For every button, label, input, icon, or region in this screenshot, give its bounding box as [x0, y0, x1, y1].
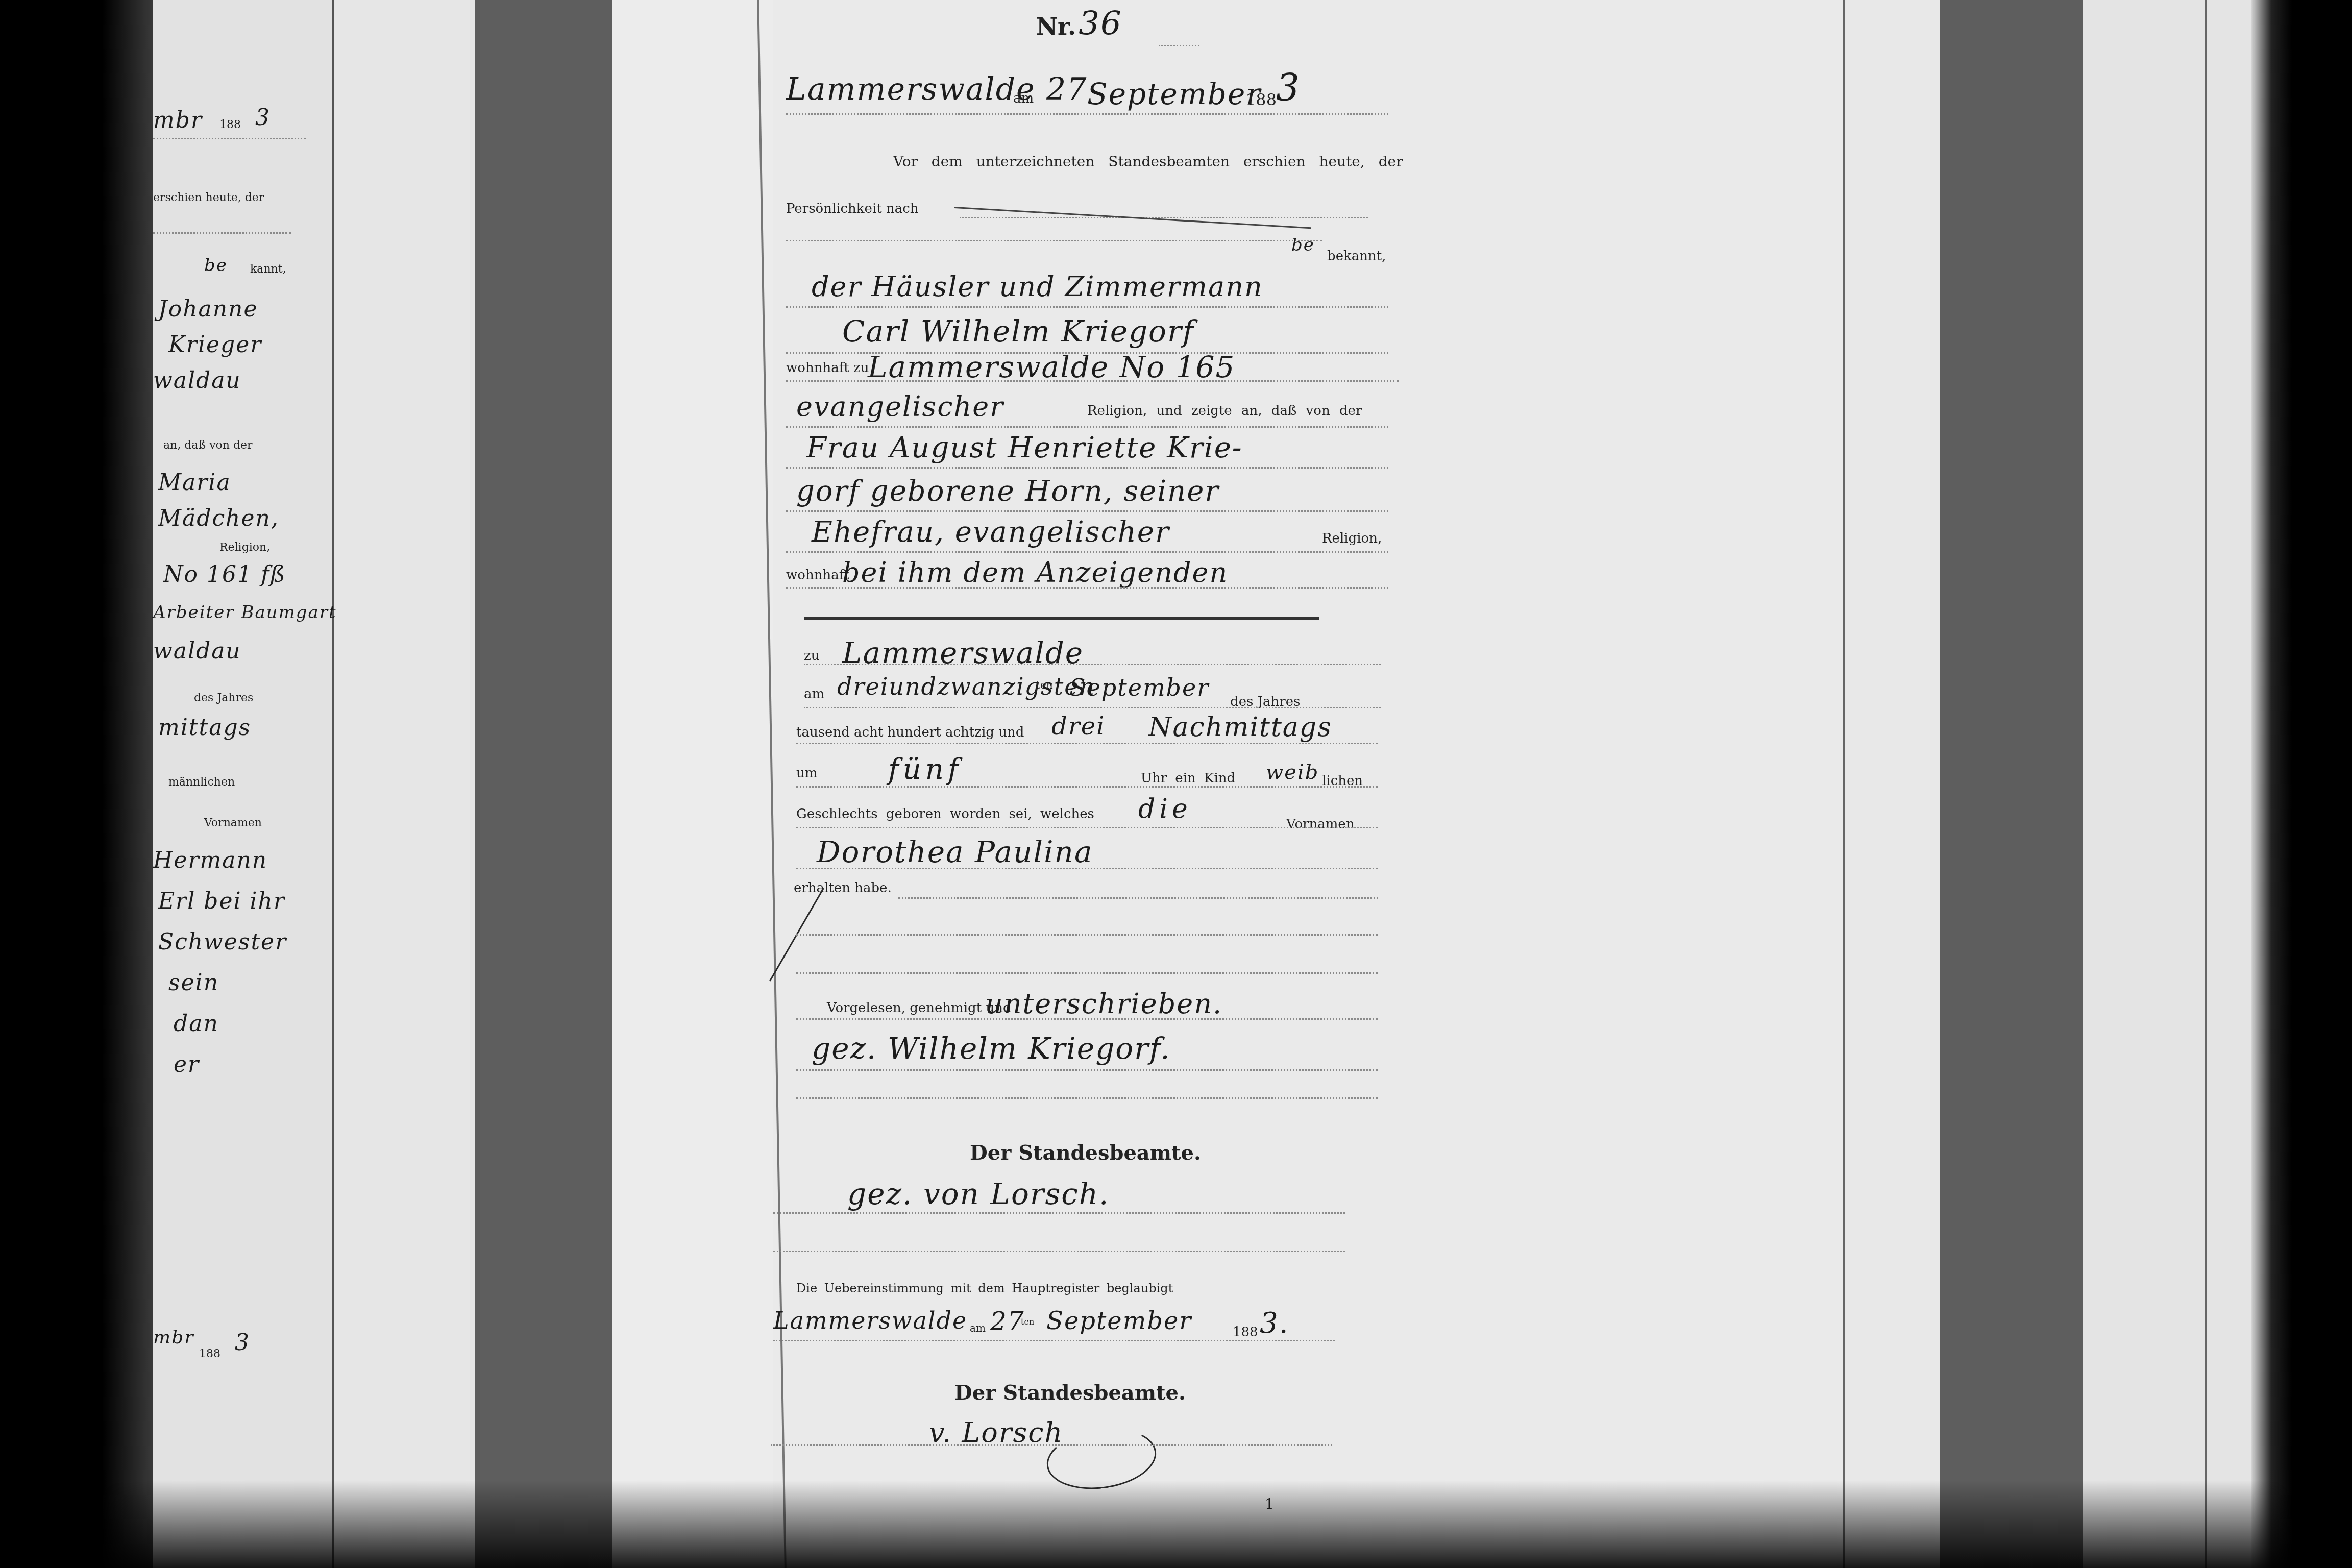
rule: [786, 467, 1388, 469]
birth-day-words: dreiundzwanzigsten: [837, 673, 1095, 700]
year-text-hand: drei: [1051, 712, 1105, 741]
die-hand: die: [1138, 794, 1192, 824]
left-footer-hand: mbr: [153, 1327, 194, 1348]
rule: [786, 113, 1388, 115]
left-bekannt-label: kannt,: [250, 263, 286, 276]
left-hand-mittags: mittags: [158, 715, 251, 741]
registrar-signature-1: gez. von Lorsch.: [847, 1177, 1110, 1211]
left-vornamen: Vornamen: [204, 817, 262, 829]
rule: [796, 1018, 1378, 1020]
left-header-year: 188: [219, 118, 241, 131]
cert-day-suffix: ten: [1021, 1317, 1034, 1327]
informant-residence: Lammerswalde No 165: [868, 350, 1235, 384]
left-des-jahres: des Jahres: [194, 692, 253, 704]
rule: [898, 897, 1378, 899]
left-footer-year-suffix: 3: [235, 1330, 250, 1356]
scan-vignette-right: [2251, 0, 2352, 1568]
right-page-edge-line: [2205, 0, 2207, 1568]
informant-occupation: der Häusler und Zimmermann: [812, 271, 1263, 303]
rule: [786, 426, 1388, 428]
geschlechts-line: Geschlechts geboren worden sei, welches: [796, 806, 1094, 822]
header-day: 27: [1046, 71, 1087, 107]
erhalten-label: erhalten habe.: [794, 880, 892, 896]
vornamen-label: Vornamen: [1286, 817, 1355, 832]
mother-line-1: Frau August Henriette Krie-: [806, 431, 1243, 464]
left-header-hand: mbr: [153, 107, 203, 133]
left-page-margin-strip: [334, 0, 475, 1568]
rule: [786, 240, 1322, 241]
register-number-label: Nr.: [1036, 13, 1076, 40]
header-month: September: [1087, 77, 1261, 111]
intro-line-2: Persönlichkeit nach: [786, 201, 919, 216]
page-gap-right: [1845, 0, 1940, 1568]
informant-signature: gez. Wilhelm Kriegorf.: [812, 1031, 1171, 1066]
mother-line-3: Ehefrau, evangelischer: [812, 516, 1170, 549]
cert-am-label: am: [970, 1322, 986, 1334]
rule: [796, 1069, 1378, 1071]
birth-month: September: [1069, 674, 1209, 701]
scan-vignette-bottom: [0, 1480, 2352, 1568]
left-bekannt-hand: be: [204, 255, 228, 276]
left-page-edge-line: [332, 0, 334, 1568]
birth-date-label: am: [804, 687, 824, 702]
left-hand-line: er: [174, 1051, 200, 1077]
cert-year-suffix: 3.: [1260, 1307, 1289, 1340]
right-page-background: [2082, 0, 2251, 1568]
gray-binding-band-right: [1940, 0, 2082, 1568]
year-text-printed: tausend acht hundert achtzig und: [796, 725, 1024, 740]
left-footer-year: 188: [199, 1347, 220, 1360]
register-number: Nr. 36: [1036, 5, 1122, 43]
sex-hand: weib: [1266, 761, 1319, 784]
rule: [796, 827, 1378, 828]
rule: [804, 707, 1381, 708]
bekannt-label: bekannt,: [1327, 249, 1386, 264]
hour-words: fünf: [888, 753, 963, 786]
left-hand-line: Maria: [158, 470, 231, 496]
unterschrieben-hand: unterschrieben.: [985, 988, 1222, 1020]
rule: [786, 510, 1388, 512]
rule: [804, 664, 1381, 665]
wohnhaft-label: wohnhaft zu: [786, 360, 869, 376]
header-year-suffix: 3: [1276, 66, 1301, 109]
uhr-label: Uhr ein Kind: [1141, 771, 1235, 786]
rule: [960, 217, 1368, 218]
left-hand-line: Schwester: [158, 929, 287, 955]
rule: [786, 551, 1388, 553]
left-hand-line: waldau: [153, 367, 241, 394]
rule: [773, 1340, 1335, 1341]
rule: [786, 306, 1388, 308]
rule: [796, 743, 1378, 744]
left-hand-line: Erl bei ihr: [158, 888, 285, 914]
left-hand-line: Hermann: [153, 847, 267, 873]
bekannt-hand: be: [1291, 235, 1315, 255]
child-name: Dorothea Paulina: [817, 835, 1093, 869]
gray-binding-band-left: [475, 0, 612, 1568]
cert-day: 27: [990, 1307, 1025, 1336]
time-of-day: Nachmittags: [1148, 712, 1332, 743]
left-hand-line: sein: [168, 970, 219, 996]
rule: [796, 1097, 1378, 1099]
cert-place: Lammerswalde: [773, 1307, 967, 1334]
registrar-signature-2: v. Lorsch: [929, 1416, 1063, 1449]
cert-month: September: [1046, 1307, 1192, 1335]
birth-day-suffix: ten: [1036, 679, 1053, 691]
header-place: Lammerswalde: [786, 71, 1036, 107]
left-hand-line: Mädchen,: [158, 505, 279, 531]
left-hand-line: dan: [174, 1011, 219, 1037]
header-year-prefix: 188: [1245, 90, 1277, 109]
left-hand-line: Krieger: [168, 332, 262, 358]
left-hand-line: Johanne: [158, 296, 258, 322]
left-hand-line: waldau: [153, 638, 241, 664]
left-header-year-suffix: 3: [255, 105, 271, 131]
rule: [796, 786, 1378, 788]
vorgelesen-label: Vorgelesen, genehmigt und: [827, 1000, 1012, 1016]
intro-line-1: Vor dem unterzeichneten Standesbeamten e…: [893, 153, 1403, 170]
rule: [773, 1212, 1345, 1214]
section-divider: [804, 617, 1319, 620]
rule: [796, 868, 1378, 869]
mother-residence: bei ihm dem Anzeigenden: [842, 556, 1228, 589]
rule: [773, 1251, 1345, 1252]
left-rule: [153, 232, 291, 234]
register-number-value: 36: [1079, 5, 1122, 43]
mother-wohnhaft-label: wohnhaft: [786, 568, 849, 583]
left-maennlichen: männlichen: [168, 776, 235, 789]
religion-label-1: Religion, und zeigte an, daß von der: [1087, 403, 1362, 419]
left-hand-no: No 161 fß: [163, 561, 286, 587]
cert-year-prefix: 188: [1233, 1325, 1258, 1340]
rule: [786, 380, 1399, 382]
certification-label: Die Uebereinstimmung mit dem Hauptregist…: [796, 1281, 1173, 1295]
rule: [796, 934, 1378, 936]
rule: [771, 1444, 1332, 1446]
religion-label-2: Religion,: [1322, 531, 1382, 546]
registrar-title-1: Der Standesbeamte.: [970, 1141, 1201, 1165]
informant-name: Carl Wilhelm Kriegorf: [842, 314, 1194, 349]
um-label: um: [796, 766, 817, 781]
left-line-erschien: erschien heute, der: [153, 191, 264, 204]
scan-vignette-left: [0, 0, 168, 1568]
header-am-label: am: [1013, 91, 1034, 106]
page-gap-left: [612, 0, 776, 1568]
left-religion-label: Religion,: [219, 541, 270, 554]
registrar-title-2: Der Standesbeamte.: [954, 1381, 1186, 1405]
left-line-dass: an, daß von der: [163, 439, 253, 452]
left-hand-line: Arbeiter Baumgart: [153, 602, 337, 623]
mother-line-2: gorf geborene Horn, seiner: [796, 475, 1219, 508]
informant-religion: evangelischer: [796, 390, 1004, 423]
rule: [796, 972, 1378, 974]
birth-place-label: zu: [804, 648, 819, 664]
rule: [786, 587, 1388, 589]
left-rule: [153, 138, 306, 139]
rule: [1159, 45, 1199, 46]
